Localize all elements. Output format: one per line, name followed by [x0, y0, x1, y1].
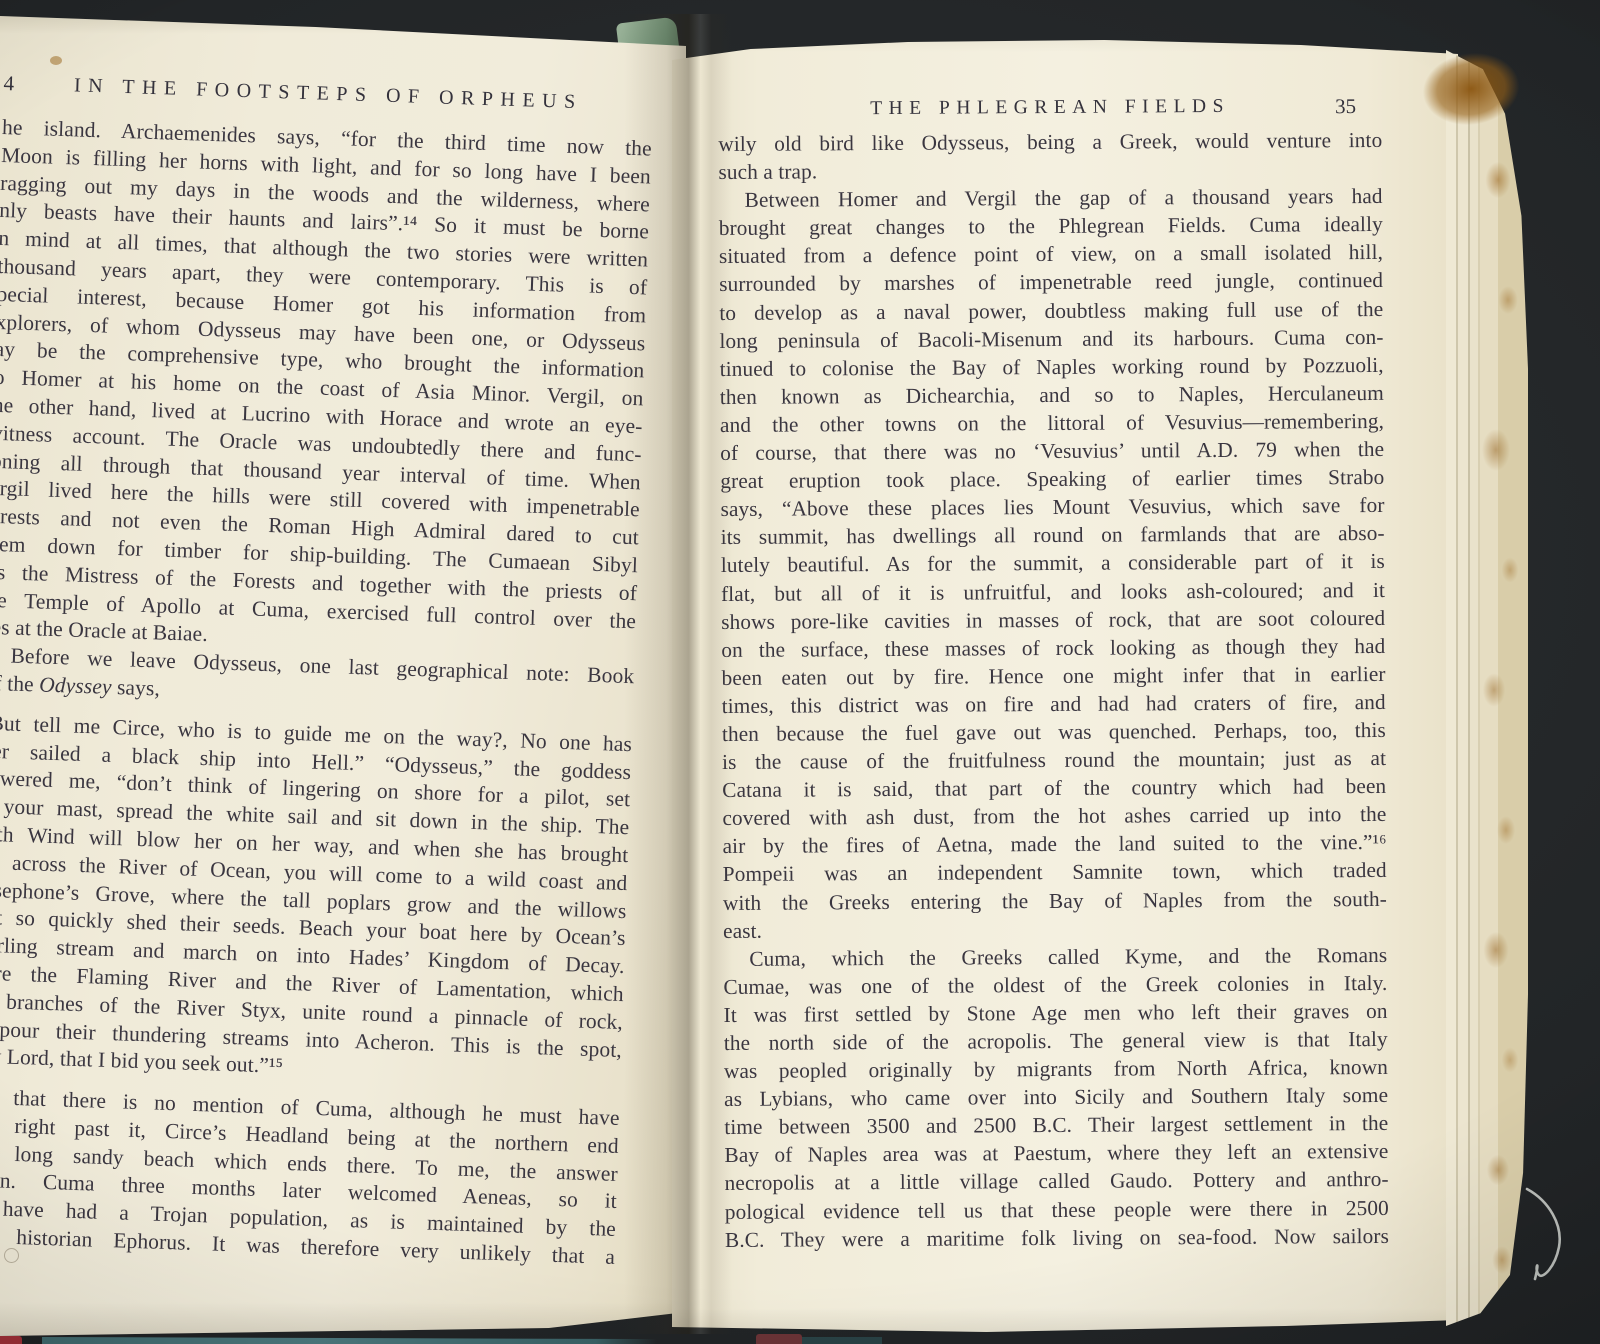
right-running-head: THE PHLEGREAN FIELDS — [870, 96, 1230, 119]
block-quote: ‘But tell me Circe, who is to guide me o… — [0, 709, 632, 1092]
text-line: the north side of the acropolis. The gen… — [724, 1025, 1388, 1057]
left-page-body: he island. Archaemenides says, “for the … — [0, 114, 652, 1272]
text-line: tinued to colonise the Bay of Naples wor… — [720, 351, 1384, 383]
paragraph: he island. Archaemenides says, “for the … — [0, 114, 652, 663]
text-line: Pompeii was an independent Samnite town,… — [723, 856, 1387, 888]
text-line: such a trap. — [718, 154, 1382, 186]
paragraph: ote that there is no mention of Cuma, al… — [0, 1084, 620, 1272]
left-page-number: 4 — [3, 70, 14, 98]
right-page: THE PHLEGREAN FIELDS 35 wily old bird li… — [672, 0, 1458, 1344]
text-line: lutely beautiful. As for the summit, a c… — [721, 547, 1385, 579]
right-running-head-row: THE PHLEGREAN FIELDS 35 — [718, 92, 1382, 130]
text-line: situated from a defence point of view, o… — [719, 238, 1383, 270]
text-line: with the Greeks entering the Bay of Napl… — [723, 884, 1387, 916]
text-line: then known as Dichearchia, and so to Nap… — [720, 379, 1384, 411]
text-line: surrounded by marshes of impenetrable re… — [719, 266, 1383, 298]
teal-strip-bottom-right — [802, 1337, 882, 1344]
book-gutter-shadow — [624, 14, 756, 1334]
text-line: to develop as a naval power, doubtless m… — [719, 295, 1383, 327]
text-line: It was first settled by Stone Age men wh… — [724, 997, 1388, 1029]
open-book-photo: 4 IN THE FOOTSTEPS OF ORPHEUS he island.… — [0, 0, 1600, 1344]
text-line: Between Homer and Vergil the gap of a th… — [719, 182, 1383, 214]
text-line: brought great changes to the Phlegrean F… — [719, 210, 1383, 242]
text-line: then because the fuel gave out was quenc… — [722, 716, 1386, 748]
text-line: long peninsula of Bacoli-Misenum and its… — [719, 323, 1383, 355]
text-line: necropolis at a little village called Ga… — [725, 1165, 1389, 1197]
text-line: and the other towns on the littoral of V… — [720, 407, 1384, 439]
text-line: covered with ash dust, from the hot ashe… — [722, 800, 1386, 832]
faint-ring-mark — [4, 1248, 19, 1263]
loose-thread — [1505, 1183, 1575, 1303]
paragraph: Between Homer and Vergil the gap of a th… — [719, 182, 1388, 945]
text-line: B.C. They were a maritime folk living on… — [725, 1222, 1389, 1254]
text-line: flat, but all of it is unfruitful, and l… — [721, 575, 1385, 607]
text-line: Cuma, which the Greeks called Kyme, and … — [723, 941, 1387, 973]
left-page-text: 4 IN THE FOOTSTEPS OF ORPHEUS he island.… — [0, 70, 654, 1272]
text-line: shows pore-like cavities in masses of ro… — [721, 604, 1385, 636]
foxing-dot — [50, 56, 62, 65]
right-page-body: wily old bird like Odysseus, being a Gre… — [718, 126, 1389, 1254]
teal-strip-bottom — [42, 1337, 657, 1344]
paragraph: wily old bird like Odysseus, being a Gre… — [718, 126, 1382, 186]
right-page-number: 35 — [1335, 92, 1356, 120]
text-line: Cumae, was one of the oldest of the Gree… — [723, 969, 1387, 1001]
text-line: Bay of Naples area was at Paestum, where… — [724, 1137, 1388, 1169]
text-line: been eaten out by fire. Hence one might … — [721, 660, 1385, 692]
text-line: of course, that there was no ‘Vesuvius’ … — [720, 435, 1384, 467]
text-line: Catana it is said, that part of the coun… — [722, 772, 1386, 804]
text-line: times, this district was on fire and had… — [722, 688, 1386, 720]
text-line: as Lybians, who came over into Sicily an… — [724, 1081, 1388, 1113]
left-running-head: IN THE FOOTSTEPS OF ORPHEUS — [74, 74, 583, 113]
text-line: time between 3500 and 2500 B.C. Their la… — [724, 1109, 1388, 1141]
text-line: says, “Above these places lies Mount Ves… — [720, 491, 1384, 523]
text-line: pological evidence tell us that these pe… — [725, 1193, 1389, 1225]
text-line: was peopled originally by migrants from … — [724, 1053, 1388, 1085]
text-line: air by the fires of Aetna, made the land… — [722, 828, 1386, 860]
text-line: is the cause of the fruitfulness round t… — [722, 744, 1386, 776]
text-line: great eruption took place. Speaking of e… — [720, 463, 1384, 495]
text-line: wily old bird like Odysseus, being a Gre… — [718, 126, 1382, 158]
red-strip-bottom-left — [0, 1336, 22, 1344]
text-line: east. — [723, 913, 1387, 945]
paragraph: Cuma, which the Greeks called Kyme, and … — [723, 941, 1389, 1254]
text-line: on the surface, these masses of rock loo… — [721, 632, 1385, 664]
text-line: its summit, has dwellings all round on f… — [721, 519, 1385, 551]
right-page-text: THE PHLEGREAN FIELDS 35 wily old bird li… — [718, 92, 1389, 1254]
page-edges-foxed — [1446, 50, 1528, 1326]
red-strip-bottom-center — [756, 1334, 802, 1344]
left-page: 4 IN THE FOOTSTEPS OF ORPHEUS he island.… — [0, 0, 686, 1344]
